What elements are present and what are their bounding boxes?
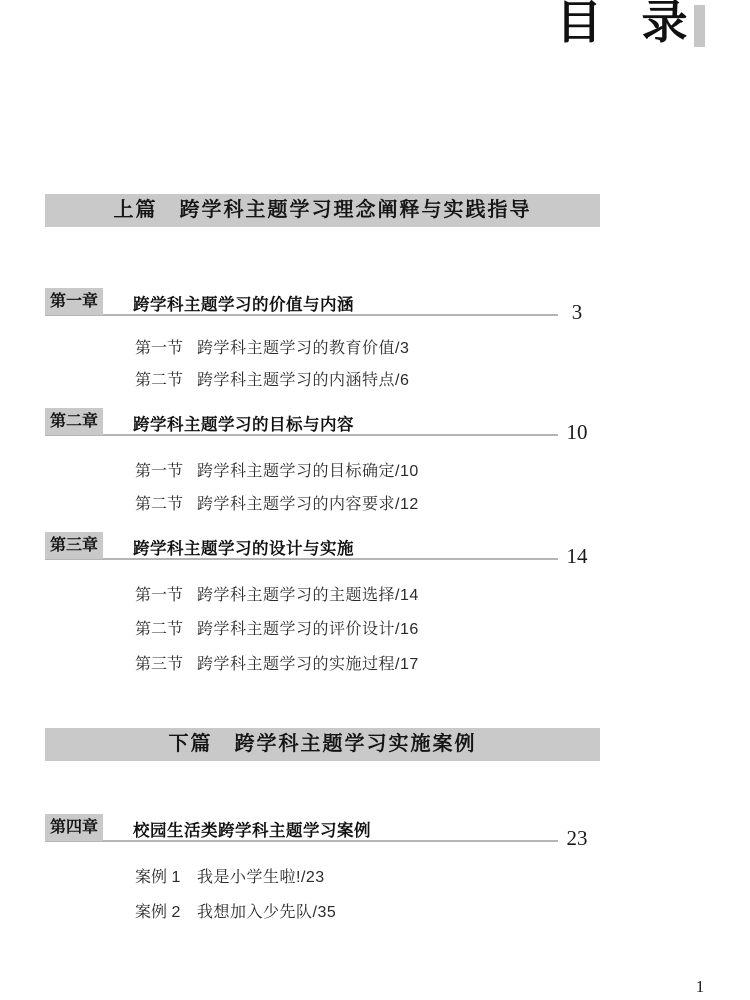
section-entry: 第二节跨学科主题学习的评价设计/16 [135,620,419,639]
toc-page: 目 录 上篇 跨学科主题学习理念阐释与实践指导 第一章 跨学科主题学习的价值与内… [0,0,750,1000]
section-title: 跨学科主题学习的内容要求/12 [197,496,419,513]
section-entry: 第一节跨学科主题学习的主题选择/14 [135,586,419,605]
chapter-page-number: 23 [555,826,599,851]
chapter-entry: 第二章 跨学科主题学习的目标与内容 10 [45,408,605,438]
section-label: 案例 2 [135,903,197,922]
chapter-title: 跨学科主题学习的设计与实施 [133,535,354,559]
section-entry: 案例 2我想加入少先队/35 [135,903,336,922]
section-label: 第一节 [135,586,197,605]
part-banner-lower: 下篇 跨学科主题学习实施案例 [45,728,600,761]
section-title: 跨学科主题学习的目标确定/10 [197,463,419,480]
section-label: 第二节 [135,371,197,390]
section-label: 第一节 [135,339,197,358]
chapter-title: 跨学科主题学习的价值与内涵 [133,291,354,315]
chapter-label: 第二章 [45,408,103,435]
section-entry: 第一节跨学科主题学习的教育价值/3 [135,339,409,358]
chapter-page-number: 3 [555,300,599,325]
section-title: 跨学科主题学习的内涵特点/6 [197,372,409,389]
chapter-page-number: 10 [555,420,599,445]
chapter-entry: 第三章 跨学科主题学习的设计与实施 14 [45,532,605,562]
section-entry: 案例 1我是小学生啦!/23 [135,868,325,887]
section-entry: 第一节跨学科主题学习的目标确定/10 [135,462,419,481]
section-title: 跨学科主题学习的实施过程/17 [197,656,419,673]
section-entry: 第二节跨学科主题学习的内涵特点/6 [135,371,409,390]
section-entry: 第三节跨学科主题学习的实施过程/17 [135,655,419,674]
title-accent-bar [694,5,705,47]
chapter-entry: 第四章 校园生活类跨学科主题学习案例 23 [45,814,605,844]
section-label: 第二节 [135,495,197,514]
section-title: 我是小学生啦!/23 [197,869,325,886]
section-label: 第三节 [135,655,197,674]
section-entry: 第二节跨学科主题学习的内容要求/12 [135,495,419,514]
section-label: 第二节 [135,620,197,639]
section-title: 我想加入少先队/35 [197,904,336,921]
chapter-entry: 第一章 跨学科主题学习的价值与内涵 3 [45,288,605,318]
page-title: 目 录 [556,0,690,54]
folio-page-number: 1 [688,977,712,997]
part-banner-upper: 上篇 跨学科主题学习理念阐释与实践指导 [45,194,600,227]
section-title: 跨学科主题学习的评价设计/16 [197,621,419,638]
chapter-page-number: 14 [555,544,599,569]
chapter-label: 第四章 [45,814,103,841]
section-title: 跨学科主题学习的主题选择/14 [197,587,419,604]
section-label: 第一节 [135,462,197,481]
section-label: 案例 1 [135,868,197,887]
chapter-label: 第三章 [45,532,103,559]
chapter-label: 第一章 [45,288,103,315]
chapter-title: 校园生活类跨学科主题学习案例 [133,817,371,841]
section-title: 跨学科主题学习的教育价值/3 [197,340,409,357]
chapter-title: 跨学科主题学习的目标与内容 [133,411,354,435]
